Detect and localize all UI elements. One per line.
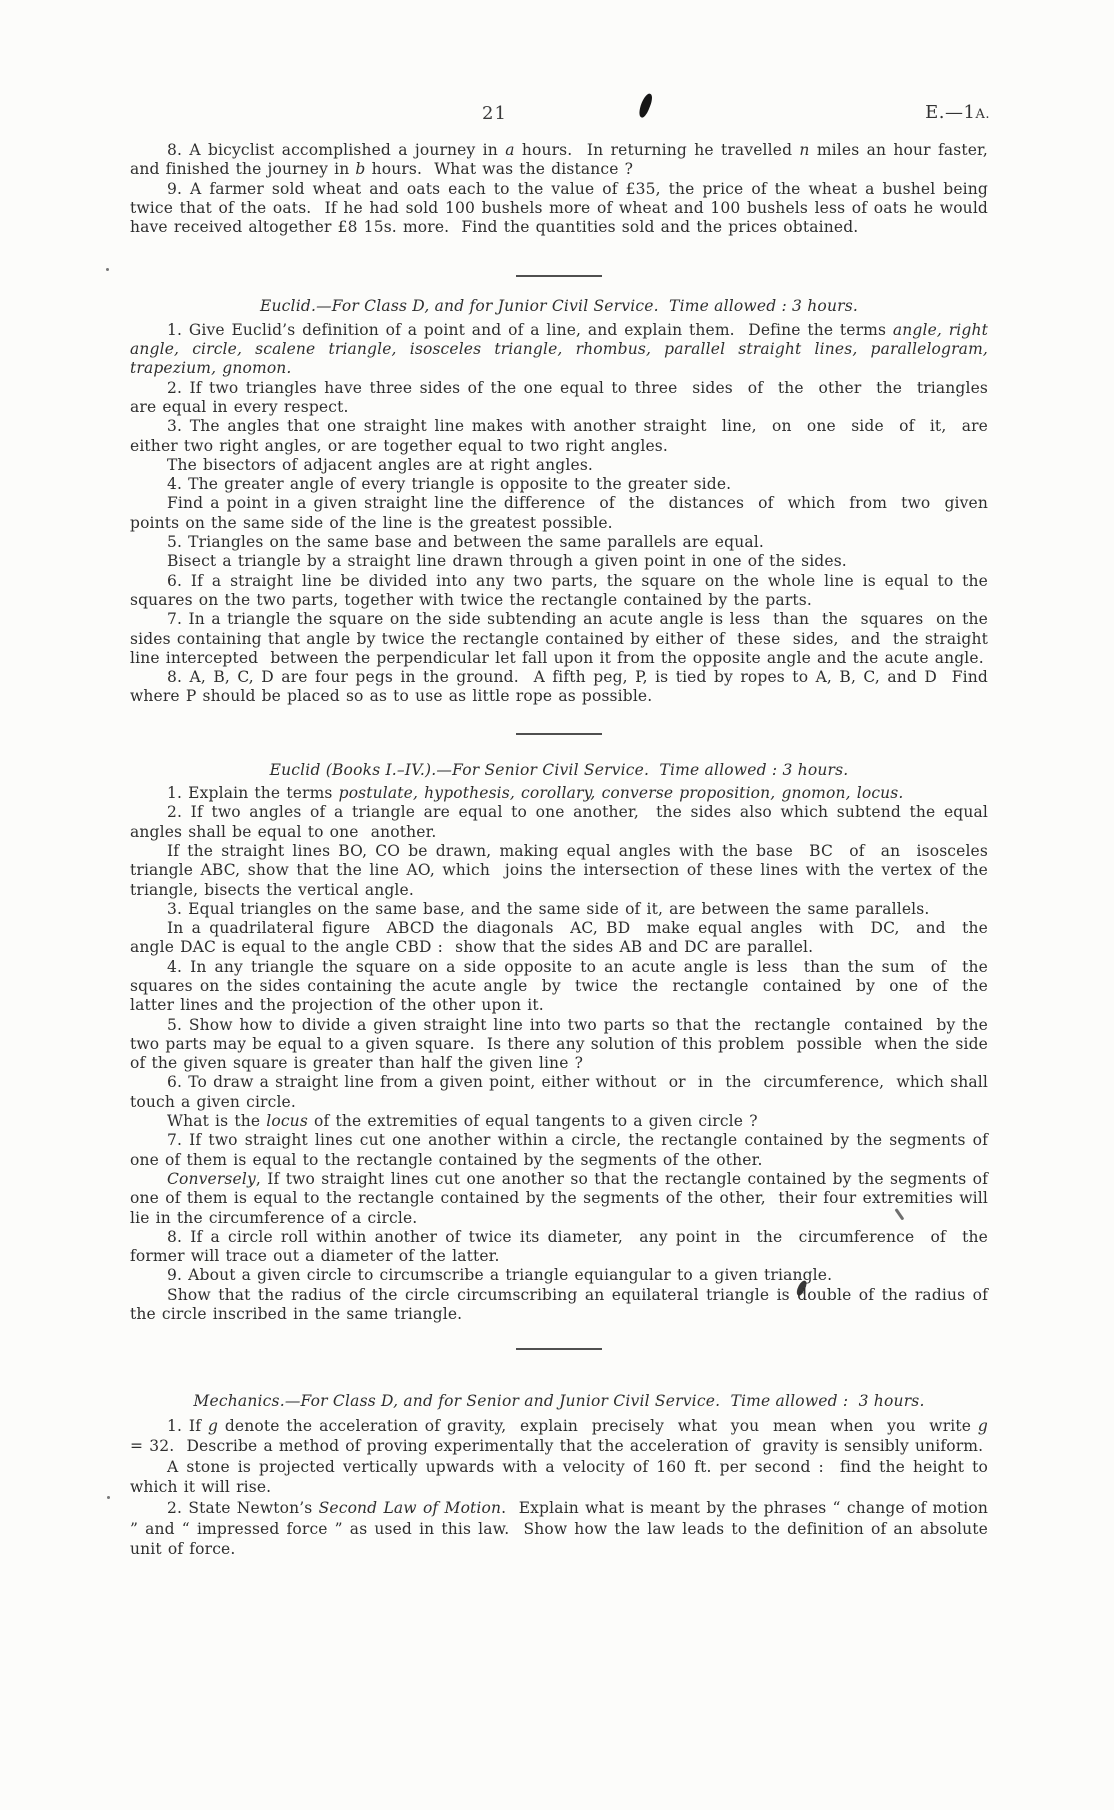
section-arithmetic-continued: 8. A bicyclist accomplished a journey in… — [130, 141, 988, 237]
question-paragraph: 1. Explain the terms postulate, hypothes… — [130, 784, 988, 803]
mechanics-heading: Mechanics.—For Class D, and for Senior a… — [130, 1392, 988, 1411]
question-paragraph: 8. A bicyclist accomplished a journey in… — [130, 141, 988, 180]
document-reference-main: E.—1 — [925, 102, 975, 123]
question-paragraph: A stone is projected vertically upwards … — [130, 1457, 988, 1498]
page-number: 21 — [482, 103, 507, 124]
question-paragraph: 7. In a triangle the square on the side … — [130, 610, 988, 668]
euclid-junior-heading: Euclid.—For Class D, and for Junior Civi… — [130, 297, 988, 316]
question-paragraph: 1. Give Euclid’s definition of a point a… — [130, 321, 988, 379]
question-paragraph: 2. If two angles of a triangle are equal… — [130, 803, 988, 842]
section-divider — [516, 733, 602, 735]
ink-blot-mark — [637, 92, 655, 119]
question-paragraph: If the straight lines BO, CO be drawn, m… — [130, 842, 988, 900]
question-paragraph: 5. Show how to divide a given straight l… — [130, 1016, 988, 1074]
question-paragraph: What is the locus of the extremities of … — [130, 1112, 988, 1131]
question-paragraph: 9. About a given circle to circumscribe … — [130, 1266, 988, 1285]
section-divider — [516, 275, 602, 277]
question-paragraph: 2. If two triangles have three sides of … — [130, 379, 988, 418]
question-paragraph: 8. If a circle roll within another of tw… — [130, 1228, 988, 1267]
document-reference: E.—1A. — [925, 102, 990, 123]
question-paragraph: 5. Triangles on the same base and betwee… — [130, 533, 988, 552]
section-euclid-junior: Euclid.—For Class D, and for Junior Civi… — [130, 297, 988, 706]
question-paragraph: In a quadrilateral figure ABCD the diago… — [130, 919, 988, 958]
question-paragraph: The bisectors of adjacent angles are at … — [130, 456, 988, 475]
question-paragraph: Find a point in a given straight line th… — [130, 494, 988, 533]
question-paragraph: 1. If g denote the acceleration of gravi… — [130, 1416, 988, 1457]
question-paragraph: 2. State Newton’s Second Law of Motion. … — [130, 1498, 988, 1560]
question-paragraph: 8. A, B, C, D are four pegs in the groun… — [130, 668, 988, 707]
question-paragraph: 6. If a straight line be divided into an… — [130, 572, 988, 611]
question-paragraph: 3. The angles that one straight line mak… — [130, 417, 988, 456]
section-mechanics: Mechanics.—For Class D, and for Senior a… — [130, 1392, 988, 1559]
question-paragraph: 7. If two straight lines cut one another… — [130, 1131, 988, 1170]
document-body: 8. A bicyclist accomplished a journey in… — [130, 141, 988, 1560]
question-paragraph: 6. To draw a straight line from a given … — [130, 1073, 988, 1112]
question-paragraph: 4. In any triangle the square on a side … — [130, 958, 988, 1016]
section-euclid-senior: Euclid (Books I.–IV.).—For Senior Civil … — [130, 761, 988, 1325]
euclid-senior-heading: Euclid (Books I.–IV.).—For Senior Civil … — [130, 761, 988, 780]
margin-speck — [106, 268, 109, 271]
question-paragraph: 3. Equal triangles on the same base, and… — [130, 900, 988, 919]
question-paragraph: Bisect a triangle by a straight line dra… — [130, 552, 988, 571]
question-paragraph: Conversely, If two straight lines cut on… — [130, 1170, 988, 1228]
question-paragraph: 4. The greater angle of every triangle i… — [130, 475, 988, 494]
scanned-exam-page: 21 E.—1A. 8. A bicyclist accomplished a … — [0, 0, 1114, 1810]
section-divider — [516, 1348, 602, 1350]
question-paragraph: Show that the radius of the circle circu… — [130, 1286, 988, 1325]
document-reference-suffix: A. — [975, 107, 990, 122]
margin-speck — [107, 1496, 110, 1499]
question-paragraph: 9. A farmer sold wheat and oats each to … — [130, 180, 988, 238]
